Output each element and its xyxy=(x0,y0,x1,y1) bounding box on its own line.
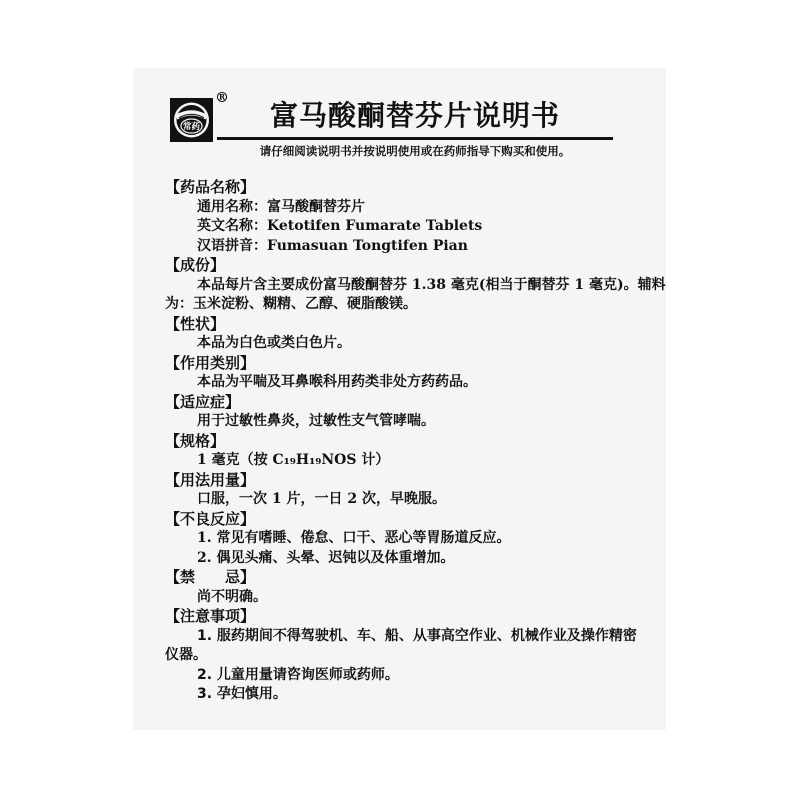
precaution-item-1-line-1: 1. 服药期间不得驾驶机、车、船、从事高空作业、机械作业及操作精密 xyxy=(133,627,666,647)
section-heading-precautions: 【注意事项】 xyxy=(133,607,666,627)
section-heading-description: 【性状】 xyxy=(133,315,666,335)
section-heading-category: 【作用类别】 xyxy=(133,354,666,374)
section-heading-contraindications: 【禁 忌】 xyxy=(133,568,666,588)
section-heading-dosage: 【用法用量】 xyxy=(133,471,666,491)
dosage-line: 口服，一次 1 片，一日 2 次，早晚服。 xyxy=(133,490,666,510)
precaution-item-2: 2. 儿童用量请咨询医师或药师。 xyxy=(133,666,666,686)
section-heading-strength: 【规格】 xyxy=(133,432,666,452)
leaflet-body: 【药品名称】 通用名称：富马酸酮替芬片 英文名称：Ketotifen Fumar… xyxy=(133,178,666,705)
description-line: 本品为白色或类白色片。 xyxy=(133,334,666,354)
section-heading-adverse-reactions: 【不良反应】 xyxy=(133,510,666,530)
precaution-item-1-line-2: 仪器。 xyxy=(133,646,666,666)
adverse-reaction-item-2: 2. 偶见头痛、头晕、迟钝以及体重增加。 xyxy=(133,549,666,569)
contraindications-line: 尚不明确。 xyxy=(133,588,666,608)
usage-notice: 请仔细阅读说明书并按说明使用或在药师指导下购买和使用。 xyxy=(217,143,613,159)
strength-line: 1 毫克（按 C₁₉H₁₉NOS 计） xyxy=(133,451,666,471)
header: 富马酸酮替芬片说明书 请仔细阅读说明书并按说明使用或在药师指导下购买和使用。 xyxy=(217,96,613,159)
precaution-item-3: 3. 孕妇慎用。 xyxy=(133,685,666,705)
logo-text: 常药 xyxy=(183,121,201,132)
english-name-line: 英文名称：Ketotifen Fumarate Tablets xyxy=(133,217,666,237)
ingredients-line-1: 本品每片含主要成份富马酸酮替芬 1.38 毫克(相当于酮替芬 1 毫克)。辅料 xyxy=(133,276,666,296)
ingredients-line-2: 为：玉米淀粉、糊精、乙醇、硬脂酸镁。 xyxy=(133,295,666,315)
section-heading-drug-name: 【药品名称】 xyxy=(133,178,666,198)
section-heading-indications: 【适应症】 xyxy=(133,393,666,413)
page-title: 富马酸酮替芬片说明书 xyxy=(217,96,613,136)
title-divider xyxy=(217,137,613,140)
adverse-reaction-item-1: 1. 常见有嗜睡、倦怠、口干、恶心等胃肠道反应。 xyxy=(133,529,666,549)
generic-name-line: 通用名称：富马酸酮替芬片 xyxy=(133,198,666,218)
pinyin-name-line: 汉语拼音：Fumasuan Tongtifen Pian xyxy=(133,237,666,257)
section-heading-ingredients: 【成份】 xyxy=(133,256,666,276)
leaflet-page: 常药 ® 富马酸酮替芬片说明书 请仔细阅读说明书并按说明使用或在药师指导下购买和… xyxy=(133,68,666,730)
brand-emblem-icon: 常药 xyxy=(170,98,213,142)
indications-line: 用于过敏性鼻炎，过敏性支气管哮喘。 xyxy=(133,412,666,432)
category-line: 本品为平喘及耳鼻喉科用药类非处方药药品。 xyxy=(133,373,666,393)
